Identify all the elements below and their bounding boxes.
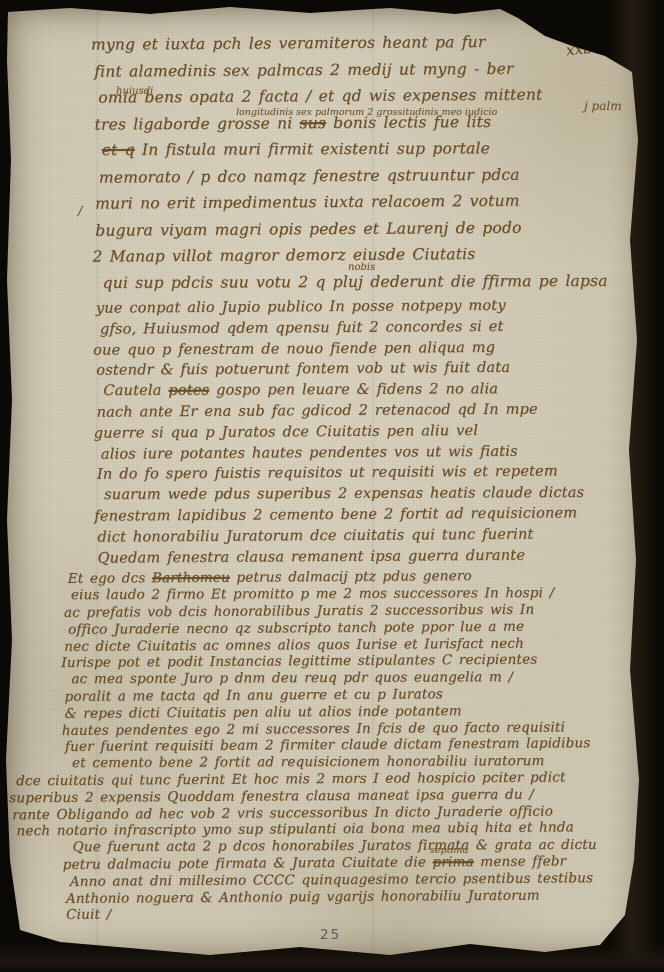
manuscript-page: myng et iuxta pch les veramiteros heant … bbox=[0, 0, 664, 972]
manuscript-scan: myng et iuxta pch les veramiteros heant … bbox=[0, 0, 664, 972]
paper-edge-vignette bbox=[0, 0, 664, 972]
